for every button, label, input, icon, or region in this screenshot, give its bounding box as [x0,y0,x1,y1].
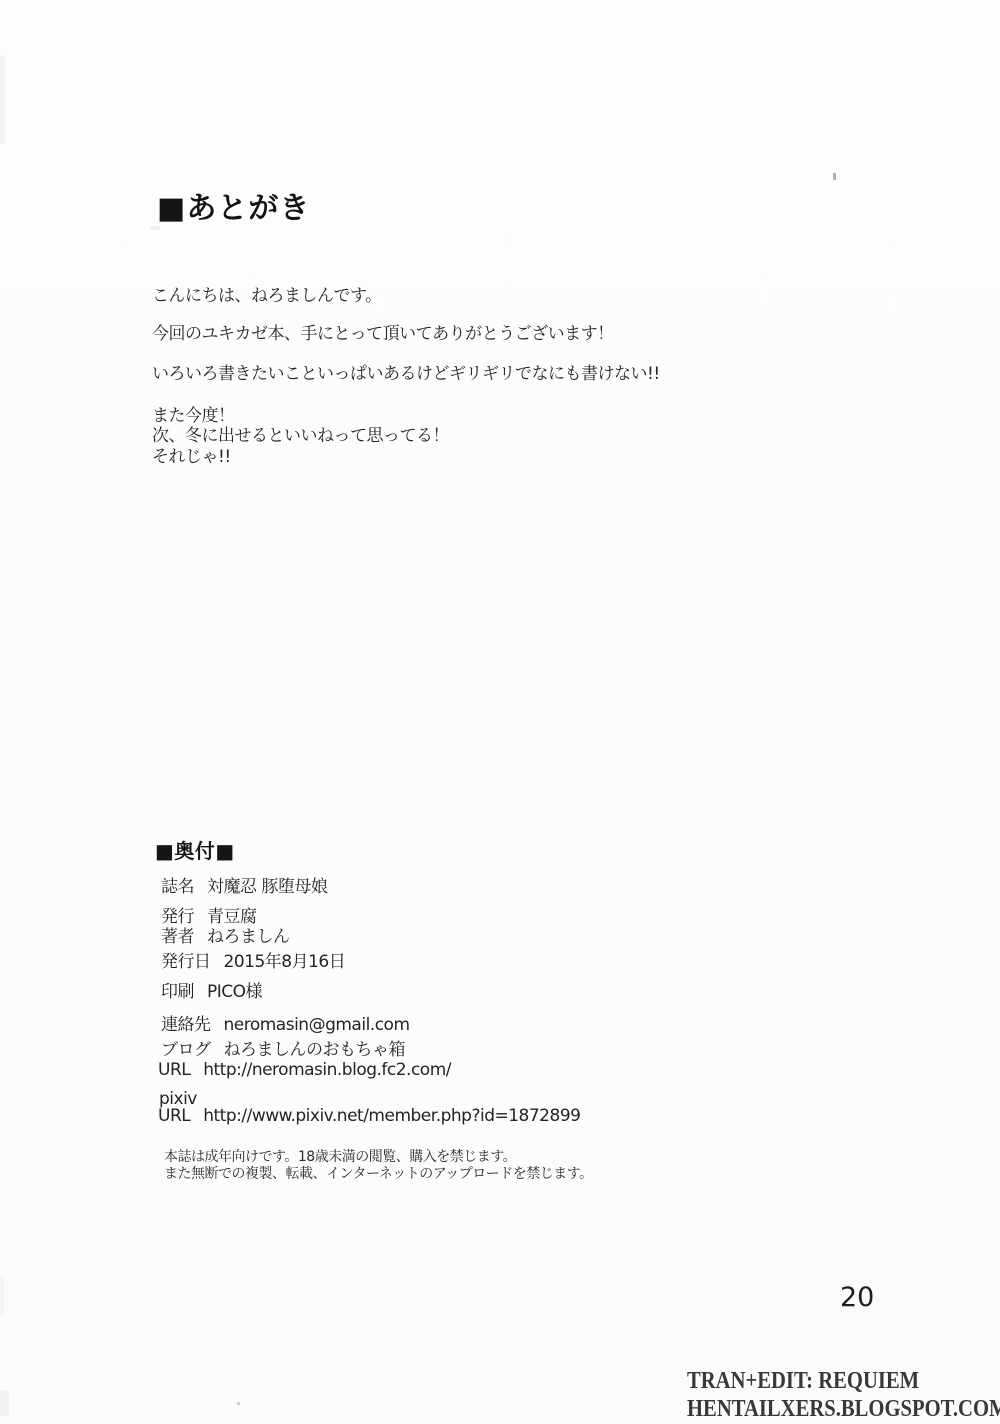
colophon-value: 青豆腐 [207,907,257,927]
afterword-next-line-1: また今度！ [152,408,235,425]
colophon-row-publish-date: 発行日2015年8月16日 [161,954,345,971]
pixiv-url: http://www.pixiv.net/member.php?id=18728… [203,1106,580,1126]
colophon-row-title: 誌名対魔忍 豚堕母娘 [161,879,327,896]
email-address: neromasin@gmail.com [224,1015,410,1035]
colophon-label: 誌名 [161,879,194,896]
credits-translator-line: TRAN+EDIT: REQUIEM [687,1367,1000,1395]
no-reproduction-notice: また無断での複製、転載、インターネットのアップロードを禁じます。 [164,1166,593,1183]
afterword-title: ■あとがき [157,183,310,227]
colophon-label: 発行 [161,909,194,926]
afterword-next-line-2: 次、冬に出せるといいねって思ってる！ [152,428,449,445]
scan-artifact [0,1275,4,1315]
scanned-page: ■あとがき こんにちは、ねろましんです。 今回のユキカゼ本、手にとって頂いてあり… [0,0,1000,1424]
scan-artifact [0,55,5,145]
colophon-label: URL [158,1108,190,1125]
colophon-label: 印刷 [161,984,194,1001]
scan-artifact [150,226,160,230]
colophon-row-blog: ブログねろましんのおもちゃ箱 [161,1042,405,1059]
afterword-ramble-line: いろいろ書きたいこといっぱいあるけどギリギリでなにも書けない!! [152,366,660,383]
colophon-label: ブログ [161,1042,211,1059]
age-restriction-notice: 本誌は成年向けです。18歳未満の閲覧、購入を禁じます。 [164,1149,516,1166]
colophon-label: URL [158,1062,190,1079]
colophon-row-blog-url: URLhttp://neromasin.blog.fc2.com/ [158,1062,451,1079]
colophon-value: 対魔忍 豚堕母娘 [207,877,327,897]
scan-artifact [0,1390,9,1416]
colophon-value: 2015年8月16日 [224,952,346,972]
blog-url: http://neromasin.blog.fc2.com/ [203,1060,451,1080]
afterword-greeting-line: こんにちは、ねろましんです。 [152,288,382,305]
colophon-row-pixiv-url: URLhttp://www.pixiv.net/member.php?id=18… [158,1108,580,1125]
colophon-label: 発行日 [161,954,211,971]
scan-artifact [833,173,836,180]
colophon-value: ねろましんのおもちゃ箱 [224,1040,406,1060]
colophon-row-publisher: 発行青豆腐 [161,909,257,926]
page-number: 20 [840,1282,874,1313]
afterword-next-line-3: それじゃ!! [152,449,231,466]
colophon-title: ■奥付■ [155,835,235,864]
scanlation-credits: TRAN+EDIT: REQUIEM HENTAILXERS.BLOGSPOT.… [687,1367,1000,1423]
colophon-label: 著者 [161,929,194,946]
scan-artifact [237,1402,240,1405]
colophon-row-contact-email: 連絡先neromasin@gmail.com [161,1017,410,1034]
colophon-row-printer: 印刷PICO様 [161,984,262,1001]
credits-site-line: HENTAILXERS.BLOGSPOT.COM [687,1395,1000,1423]
colophon-value: PICO様 [207,982,262,1002]
colophon-row-author: 著者ねろましん [161,929,290,946]
afterword-thanks-line: 今回のユキカゼ本、手にとって頂いてありがとうございます！ [152,326,614,343]
colophon-value: ねろましん [207,927,290,947]
colophon-label: 連絡先 [161,1017,211,1034]
